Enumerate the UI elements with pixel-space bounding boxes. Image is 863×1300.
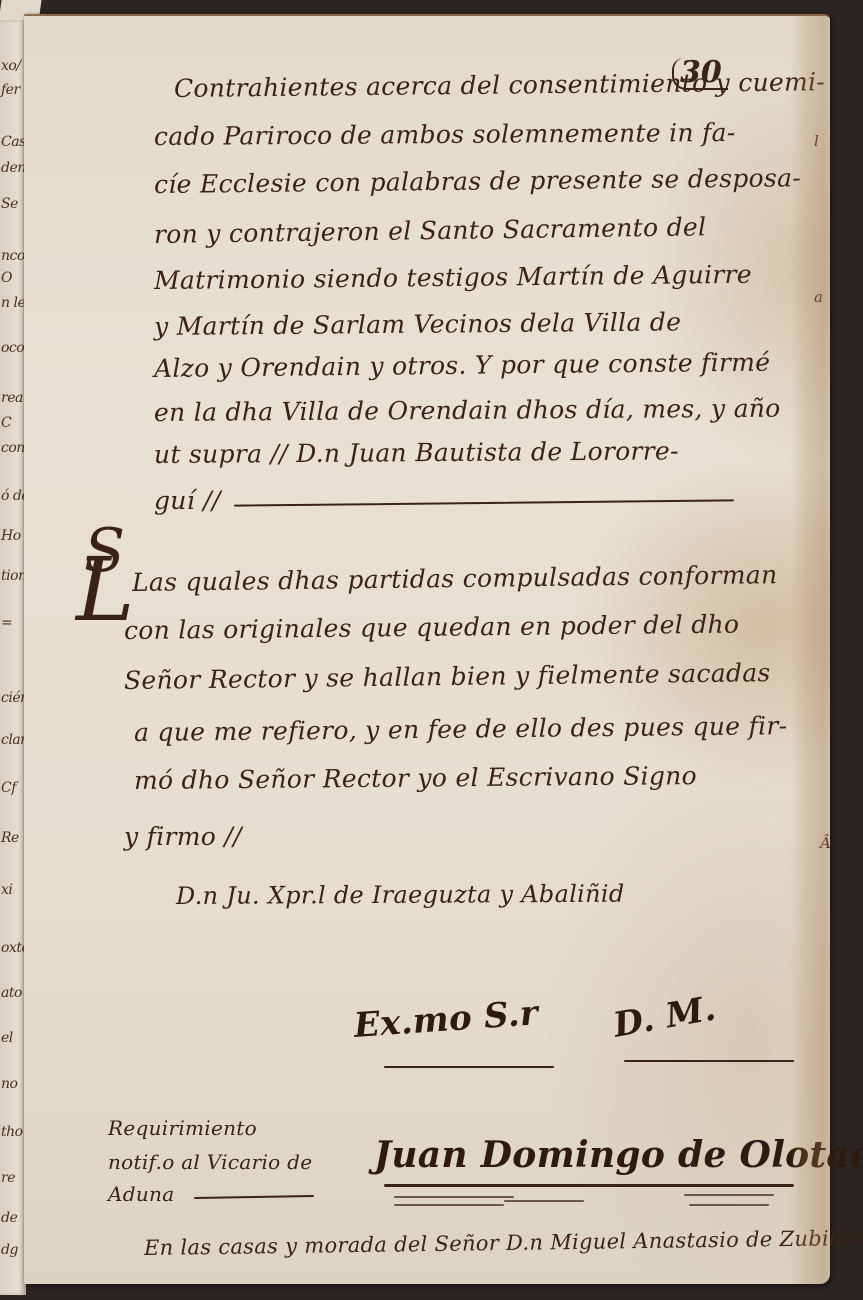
- prev-fragment: den: [1, 160, 26, 176]
- prev-fragment: n le: [1, 295, 25, 311]
- signature-name: Juan Domingo de Olotae: [374, 1134, 863, 1176]
- prev-fragment: cién: [1, 690, 26, 706]
- text-line: y Martín de Sarlam Vecinos dela Villa de: [154, 307, 682, 341]
- body-text: Contrahientes acerca del consentimiento …: [24, 16, 830, 1284]
- prev-fragment: Re: [1, 830, 19, 846]
- closing-rule: [234, 499, 734, 506]
- text-line: cíe Ecclesie con palabras de presente se…: [154, 163, 801, 199]
- prev-fragment: dg: [1, 1242, 18, 1258]
- text-line: en la dha Villa de Orendain dhos día, me…: [154, 394, 781, 427]
- prev-fragment: ato: [1, 985, 22, 1001]
- manuscript-scan: xo/ fer Casa den Se nco O n le ocon rea …: [0, 0, 863, 1300]
- margin-mark: l: [814, 132, 819, 150]
- prev-fragment: C: [1, 415, 11, 431]
- prev-fragment: ó de: [1, 488, 26, 504]
- signature-rule: [384, 1066, 554, 1068]
- prev-fragment: xo/: [1, 58, 21, 74]
- prev-fragment: rea: [1, 390, 23, 406]
- prev-fragment: xi: [1, 882, 12, 898]
- prev-fragment: nco: [1, 248, 25, 264]
- text-line: ron y contrajeron el Santo Sacramento de…: [154, 212, 707, 249]
- folio-page: 30 Contrahientes acerca del consentimien…: [24, 14, 830, 1284]
- text-line: y firmo //: [124, 822, 242, 851]
- signature-hatching: [689, 1204, 769, 1206]
- prev-fragment: re: [1, 1170, 15, 1186]
- prev-fragment: fer: [1, 82, 20, 98]
- text-line: mó dho Señor Rector yo el Escrivano Sign…: [134, 761, 697, 795]
- text-line: Las quales dhas partidas compulsadas con…: [132, 560, 778, 597]
- prev-fragment: Casa: [1, 134, 26, 150]
- prev-fragment: tho: [1, 1124, 23, 1140]
- prev-fragment: tion: [1, 568, 26, 584]
- prev-fragment: clan: [1, 732, 26, 748]
- notary-signature: D.n Ju. Xpr.l de Iraeguzta y Abaliñid: [176, 880, 625, 910]
- text-line: con las originales que quedan en poder d…: [124, 610, 740, 645]
- text-line: ut supra // D.n Juan Bautista de Lororre…: [154, 436, 679, 469]
- signature-hatching: [684, 1194, 774, 1196]
- margin-note-line: Requirimiento: [108, 1116, 257, 1140]
- margin-note-line: notif.o al Vicario de: [108, 1150, 312, 1174]
- margin-note-line: Aduna: [108, 1182, 174, 1206]
- margin-mark: a: [814, 288, 823, 306]
- prev-fragment: no: [1, 1076, 17, 1092]
- signature-rubric: D. M.: [611, 988, 719, 1045]
- prev-fragment: el: [1, 1030, 13, 1046]
- text-line: Contrahientes acerca del consentimiento …: [174, 67, 825, 103]
- prev-fragment: oxté: [1, 940, 26, 956]
- signature-underline: [384, 1184, 794, 1187]
- signature-hatching: [504, 1200, 584, 1202]
- signature-hatching: [394, 1196, 514, 1198]
- prev-fragment: Ho: [1, 528, 21, 544]
- text-line: cado Pariroco de ambos solemnemente in f…: [154, 118, 736, 151]
- text-line: Matrimonio siendo testigos Martín de Agu…: [154, 260, 752, 295]
- margin-mark: Â: [820, 834, 831, 852]
- margin-note-rule: [194, 1195, 314, 1199]
- text-line: guí //: [154, 486, 221, 515]
- prev-fragment: ocon: [1, 340, 26, 356]
- prev-fragment: Cf: [1, 780, 16, 796]
- text-line: Señor Rector y se hallan bien y fielment…: [124, 658, 771, 695]
- prev-fragment: de: [1, 1210, 17, 1226]
- signature-hatching: [394, 1204, 504, 1206]
- previous-page-edge: xo/ fer Casa den Se nco O n le ocon rea …: [0, 20, 26, 1295]
- prev-fragment: =: [1, 615, 12, 631]
- signature-rubric: Ex.mo S.r: [353, 993, 540, 1046]
- text-line: a que me refiero, y en fee de ello des p…: [134, 711, 788, 747]
- footer-text-line: En las casas y morada del Señor D.n Migu…: [144, 1226, 863, 1260]
- prev-fragment: O: [1, 270, 12, 286]
- prev-fragment: con: [1, 440, 25, 456]
- signature-rule: [624, 1060, 794, 1062]
- text-line: Alzo y Orendain y otros. Y por que const…: [154, 348, 771, 383]
- prev-fragment: Se: [1, 196, 18, 212]
